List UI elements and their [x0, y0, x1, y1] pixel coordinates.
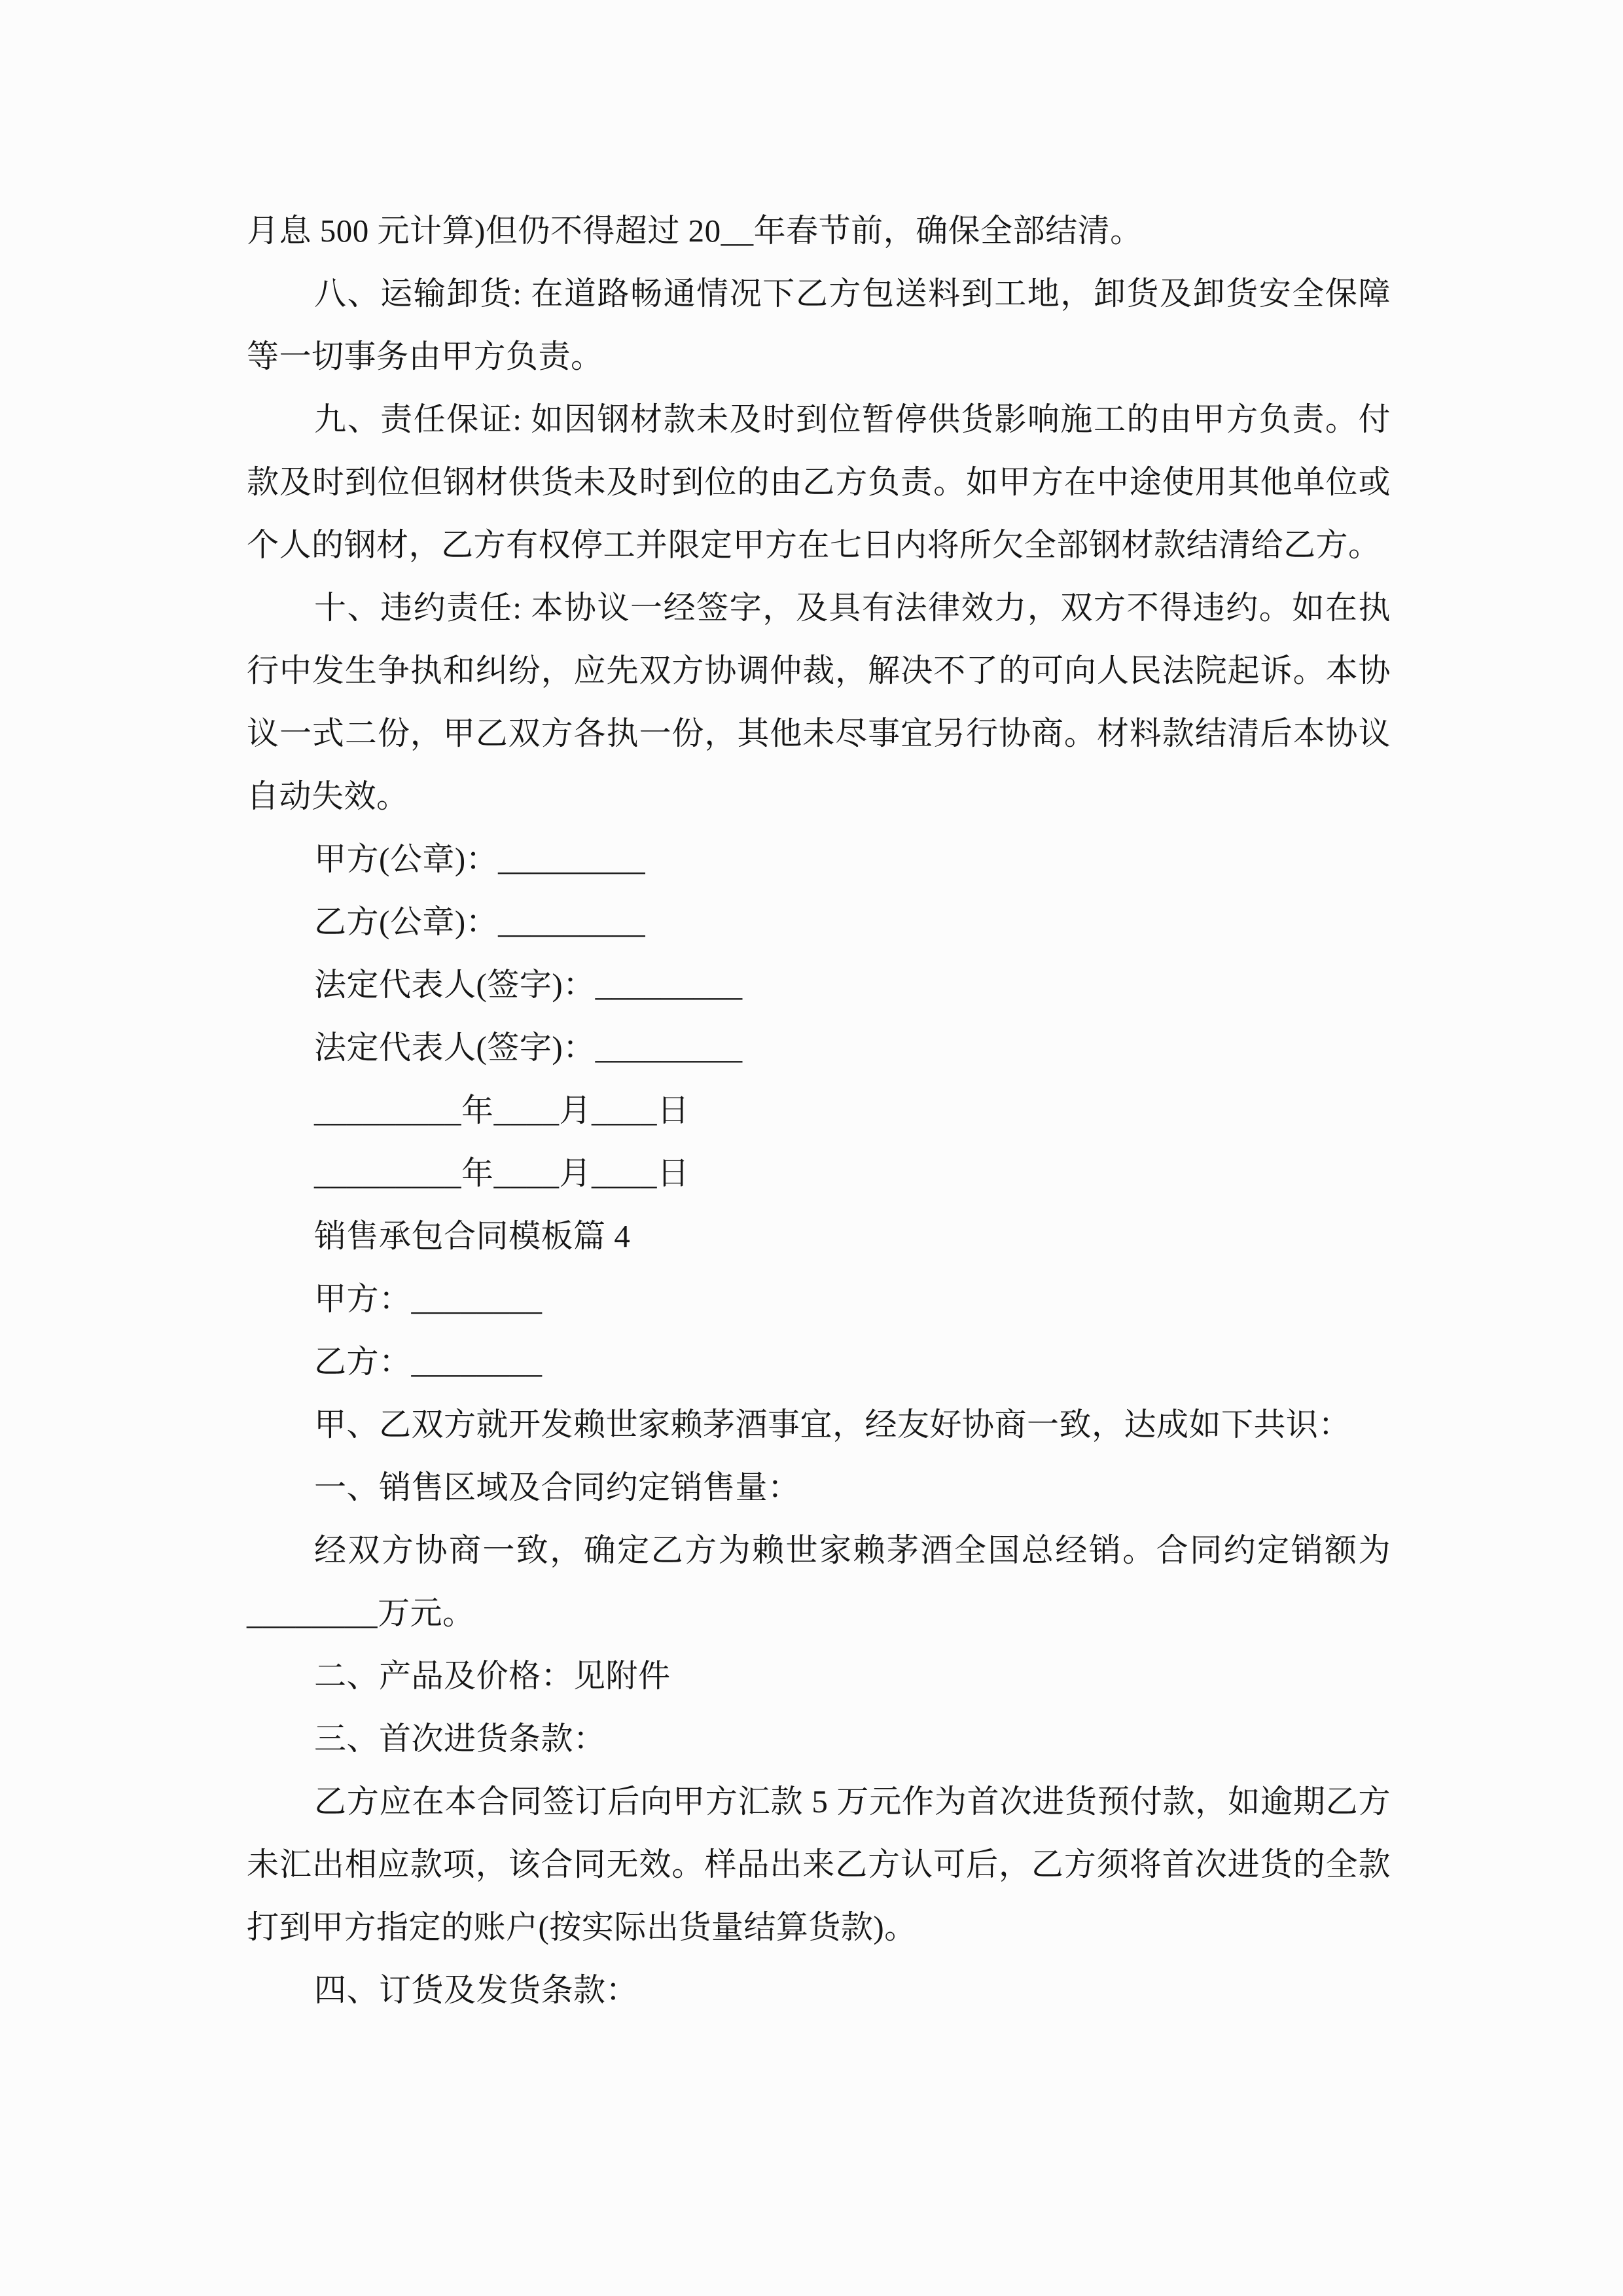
document-line: 三、首次进货条款：	[247, 1708, 1391, 1770]
document-line: 议一式二份，甲乙双方各执一份，其他未尽事宜另行协商。材料款结清后本协议	[247, 702, 1391, 765]
document-line: 法定代表人(签字)：_________	[247, 954, 1391, 1016]
document-line: 九、责任保证: 如因钢材款未及时到位暂停供货影响施工的由甲方负责。付	[247, 388, 1391, 451]
document-line: 销售承包合同模板篇 4	[247, 1205, 1391, 1268]
document-line: 未汇出相应款项，该合同无效。样品出来乙方认可后，乙方须将首次进货的全款	[247, 1833, 1391, 1896]
document-line: 经双方协商一致，确定乙方为赖世家赖茅酒全国总经销。合同约定销额为	[247, 1519, 1391, 1582]
document-line: 月息 500 元计算)但仍不得超过 20__年春节前，确保全部结清。	[247, 200, 1391, 262]
document-line: 款及时到位但钢材供货未及时到位的由乙方负责。如甲方在中途使用其他单位或	[247, 451, 1391, 514]
document-line: ________万元。	[247, 1582, 1391, 1645]
document-line: 十、违约责任: 本协议一经签字，及具有法律效力，双方不得违约。如在执	[247, 577, 1391, 639]
document-line: 打到甲方指定的账户(按实际出货量结算货款)。	[247, 1896, 1391, 1959]
document-line: 甲方(公章)：_________	[247, 828, 1391, 891]
document-line: 法定代表人(签字)：_________	[247, 1016, 1391, 1079]
document-line: 等一切事务由甲方负责。	[247, 325, 1391, 388]
document-line: _________年____月____日	[247, 1079, 1391, 1142]
document-line: 自动失效。	[247, 765, 1391, 828]
document-line: 个人的钢材，乙方有权停工并限定甲方在七日内将所欠全部钢材款结清给乙方。	[247, 514, 1391, 577]
document-line: 乙方(公章)：_________	[247, 891, 1391, 954]
document-body: 月息 500 元计算)但仍不得超过 20__年春节前，确保全部结清。八、运输卸货…	[0, 0, 1623, 2296]
document-line: _________年____月____日	[247, 1142, 1391, 1205]
document-line: 行中发生争执和纠纷，应先双方协调仲裁，解决不了的可向人民法院起诉。本协	[247, 639, 1391, 702]
contract-document-page: 月息 500 元计算)但仍不得超过 20__年春节前，确保全部结清。八、运输卸货…	[0, 0, 1623, 2296]
document-line: 八、运输卸货: 在道路畅通情况下乙方包送料到工地，卸货及卸货安全保障	[247, 262, 1391, 325]
document-line: 甲、乙双方就开发赖世家赖茅酒事宜，经友好协商一致，达成如下共识：	[247, 1393, 1391, 1456]
document-line: 一、销售区域及合同约定销售量：	[247, 1456, 1391, 1519]
document-line: 四、订货及发货条款：	[247, 1959, 1391, 2022]
document-line: 甲方：________	[247, 1268, 1391, 1331]
document-line: 二、产品及价格：见附件	[247, 1645, 1391, 1708]
document-line: 乙方应在本合同签订后向甲方汇款 5 万元作为首次进货预付款，如逾期乙方	[247, 1770, 1391, 1833]
document-line: 乙方：________	[247, 1331, 1391, 1393]
